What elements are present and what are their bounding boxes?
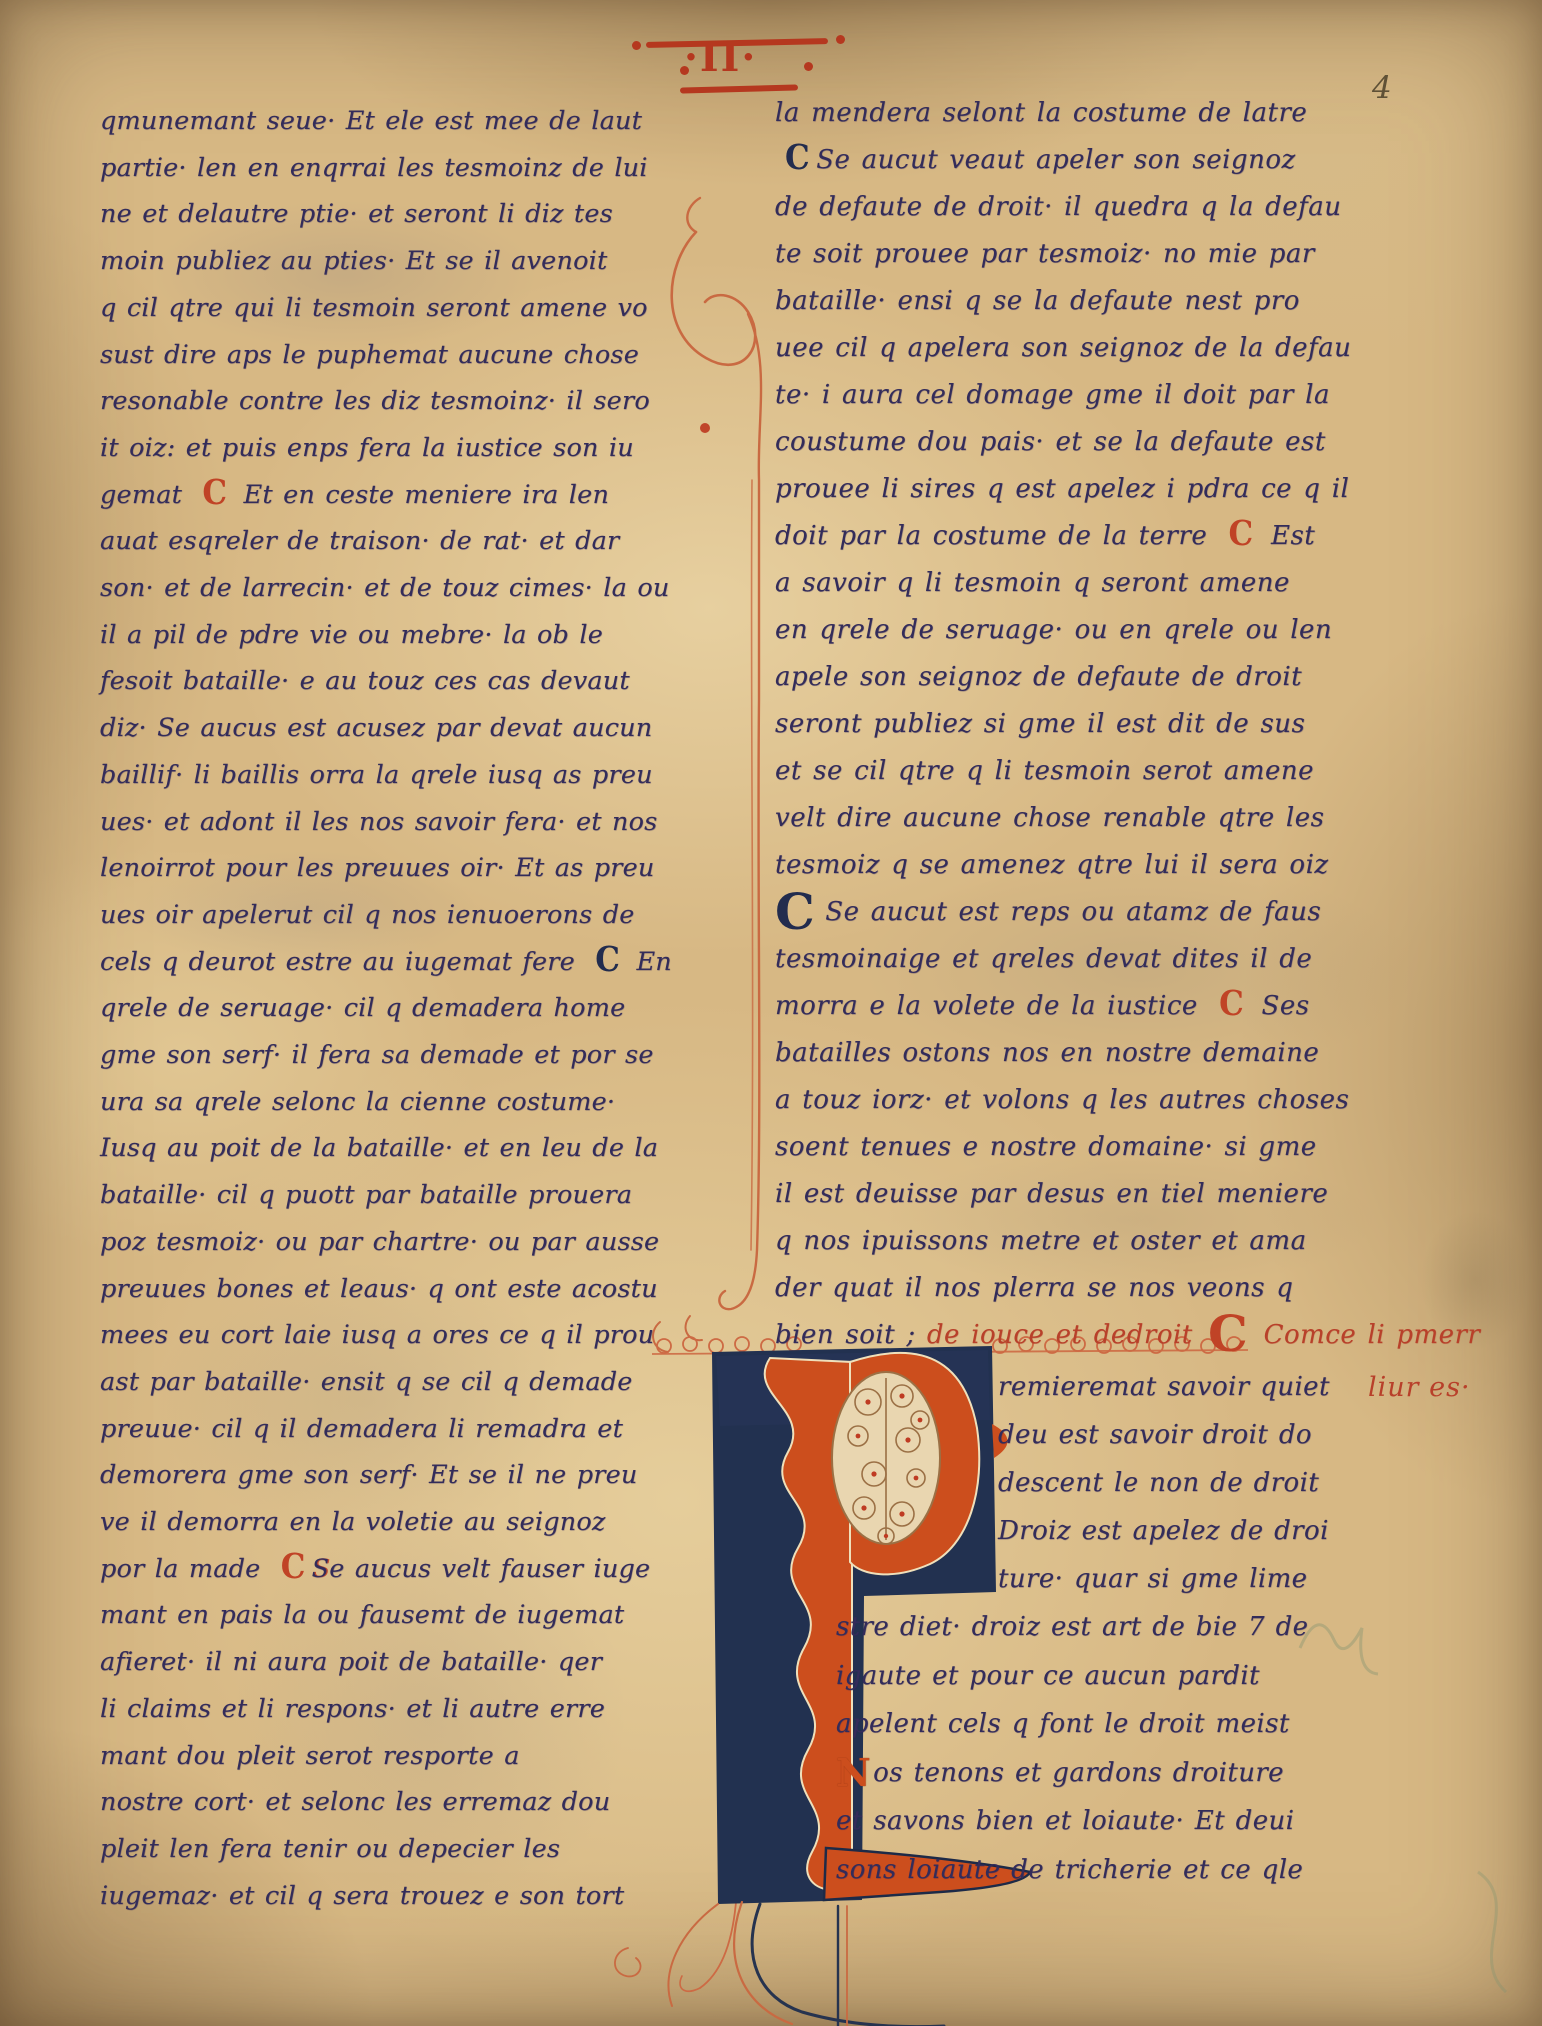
text-line: afieret· il ni aura poit de bataille· qe… xyxy=(100,1647,602,1677)
text-segment: partie· len en enqrrai les tesmoinz de l… xyxy=(100,153,648,183)
text-line: apele son seignoz de defaute de droit xyxy=(775,662,1302,692)
text-line: ne et delautre ptie· et seront li diz te… xyxy=(100,199,613,229)
text-segment: de iouce et dedroit xyxy=(927,1320,1204,1350)
text-segment: li claims et li respons· et li autre err… xyxy=(100,1694,605,1724)
text-segment: gme son serf· il fera sa demade et por s… xyxy=(100,1040,654,1070)
text-segment: Est xyxy=(1260,521,1316,551)
text-segment: ture· quar si gme lime xyxy=(998,1564,1307,1594)
text-line: uee cil q apelera son seignoz de la defa… xyxy=(775,333,1351,363)
quire-dot xyxy=(632,41,641,50)
text-segment: mees eu cort laie iusq a ores ce q il pr… xyxy=(100,1320,654,1350)
initial-bowl xyxy=(850,1353,979,1574)
initial-tail xyxy=(615,1902,944,2026)
text-segment: ve il demorra en la voletie au seignoz xyxy=(100,1507,606,1537)
text-segment: uee cil q apelera son seignoz de la defa… xyxy=(775,333,1351,363)
text-segment: stre diet· droiz est art de bie 7 de xyxy=(836,1612,1308,1642)
text-line: q cil qtre qui li tesmoin seront amene v… xyxy=(100,293,648,323)
text-line: por la made CSe aucus velt fauser iuge xyxy=(100,1554,650,1584)
text-segment: doit par la costume de la terre xyxy=(775,521,1219,551)
text-segment: S xyxy=(312,1554,330,1584)
text-segment: Iusq au poit de la bataille· et en leu d… xyxy=(100,1133,658,1163)
text-segment: por la made xyxy=(100,1554,271,1584)
text-segment: la mendera selont la costume de latre xyxy=(775,98,1307,128)
initial-margin-penwork xyxy=(680,1360,745,1991)
text-segment: de defaute de droit· il quedra q la defa… xyxy=(775,192,1342,222)
text-segment: preuues bones et leaus· q ont este acost… xyxy=(100,1274,658,1304)
text-segment: afieret· il ni aura poit de bataille· qe… xyxy=(100,1647,602,1677)
text-segment: it oiz: et puis enps fera la iustice son… xyxy=(100,433,634,463)
text-segment: lenoirrot pour les preuues oir· Et as pr… xyxy=(100,853,655,883)
manuscript-page: ·II· 4 liur es· xyxy=(0,0,1542,2026)
text-line: tesmoiz q se amenez qtre lui il sera oiz xyxy=(775,850,1329,880)
text-segment: Comce li pmerr xyxy=(1252,1320,1480,1350)
text-segment: poz tesmoiz· ou par chartre· ou par auss… xyxy=(100,1227,659,1257)
text-segment: der quat il nos plerra se nos veons q xyxy=(775,1273,1293,1303)
text-line: lenoirrot pour les preuues oir· Et as pr… xyxy=(100,853,655,883)
text-line: doit par la costume de la terre C Est xyxy=(775,521,1315,551)
text-segment: te soit prouee par tesmoiz· no mie par xyxy=(775,239,1315,269)
text-segment: cels q deurot estre au iugemat fere xyxy=(100,947,585,977)
text-segment: ues oir apelerut cil q nos ienuoerons de xyxy=(100,900,635,930)
text-line: der quat il nos plerra se nos veons q xyxy=(775,1273,1293,1303)
text-line: ura sa qrele selonc la cienne costume· xyxy=(100,1087,615,1117)
text-segment: sust dire aps le puphemat aucune chose xyxy=(100,340,639,370)
text-line: iugemaz· et cil q sera trouez e son tort xyxy=(100,1881,624,1911)
text-segment: mant dou pleit serot resporte a xyxy=(100,1741,520,1771)
text-line: li claims et li respons· et li autre err… xyxy=(100,1694,605,1724)
text-segment: ast par bataille· ensit q se cil q demad… xyxy=(100,1367,633,1397)
quire-dot xyxy=(836,35,845,44)
text-line: bataille· cil q puott par bataille proue… xyxy=(100,1180,632,1210)
text-line: qmunemant seue· Et ele est mee de laut xyxy=(100,106,642,136)
text-line: Iusq au poit de la bataille· et en leu d… xyxy=(100,1133,658,1163)
text-line: preuues bones et leaus· q ont este acost… xyxy=(100,1274,658,1304)
text-line: sust dire aps le puphemat aucune chose xyxy=(100,340,639,370)
text-segment: ne et delautre ptie· et seront li diz te… xyxy=(100,199,613,229)
text-segment: Droiz est apelez de droi xyxy=(998,1516,1329,1546)
text-line: diz· Se aucus est acusez par devat aucun xyxy=(100,713,652,743)
text-line: mant en pais la ou fausemt de iugemat xyxy=(100,1600,624,1630)
text-segment: Se aucut est reps ou atamz de faus xyxy=(825,897,1321,927)
text-segment: preuue· cil q il demadera li remadra et xyxy=(100,1414,623,1444)
text-segment: et se cil qtre q li tesmoin serot amene xyxy=(775,756,1314,786)
text-line: la mendera selont la costume de latre xyxy=(775,98,1307,128)
text-line: deu est savoir droit do xyxy=(998,1420,1312,1450)
text-segment: deu est savoir droit do xyxy=(998,1420,1312,1450)
text-line: il est deuisse par desus en tiel meniere xyxy=(775,1179,1328,1209)
text-segment: bataille· cil q puott par bataille proue… xyxy=(100,1180,632,1210)
text-line: ast par bataille· ensit q se cil q demad… xyxy=(100,1367,633,1397)
initial-bowl-foliage xyxy=(848,1378,929,1544)
text-segment: soent tenues e nostre domaine· si gme xyxy=(775,1132,1317,1162)
text-line: descent le non de droit xyxy=(998,1468,1319,1498)
text-line: igaute et pour ce aucun pardit xyxy=(836,1661,1260,1691)
text-segment: coustume dou pais· et se la defaute est xyxy=(775,427,1326,457)
text-line: nostre cort· et selonc les erremaz dou xyxy=(100,1787,610,1817)
text-line: de defaute de droit· il quedra q la defa… xyxy=(775,192,1342,222)
text-segment: igaute et pour ce aucun pardit xyxy=(836,1661,1260,1691)
text-line: te soit prouee par tesmoiz· no mie par xyxy=(775,239,1315,269)
text-segment: moin publiez au pties· Et se il avenoit xyxy=(100,246,607,276)
text-segment: resonable contre les diz tesmoinz· il se… xyxy=(100,386,650,416)
text-line: resonable contre les diz tesmoinz· il se… xyxy=(100,386,650,416)
text-line: velt dire aucune chose renable qtre les xyxy=(775,803,1324,833)
quire-dot xyxy=(804,62,813,71)
text-line: fesoit bataille· e au touz ces cas devau… xyxy=(100,666,630,696)
text-segment: remieremat savoir quiet xyxy=(998,1372,1330,1402)
text-line: bien soit ; de iouce et dedroit C Comce … xyxy=(775,1320,1480,1350)
text-segment: tesmoiz q se amenez qtre lui il sera oiz xyxy=(775,850,1329,880)
text-line: qrele de seruage· cil q demadera home xyxy=(100,993,625,1023)
text-segment: baillif· li baillis orra la qrele iusq a… xyxy=(100,760,653,790)
rubric-continuation: liur es· xyxy=(1368,1372,1471,1403)
text-segment: ura sa qrele selonc la cienne costume· xyxy=(100,1087,615,1117)
text-segment: morra e la volete de la iustice xyxy=(775,991,1209,1021)
text-line: batailles ostons nos en nostre demaine xyxy=(775,1038,1319,1068)
text-segment: a touz iorz· et volons q les autres chos… xyxy=(775,1085,1349,1115)
text-segment: ues· et adont il les nos savoir fera· et… xyxy=(100,807,657,837)
text-line: il a pil de pdre vie ou mebre· la ob le xyxy=(100,620,603,650)
text-line: cels q deurot estre au iugemat fere C En xyxy=(100,947,672,977)
text-segment: e aucus velt fauser iuge xyxy=(329,1554,650,1584)
text-segment: Se aucut veaut apeler son seignoz xyxy=(816,145,1295,175)
text-segment: nostre cort· et selonc les erremaz dou xyxy=(100,1787,610,1817)
text-line: mant dou pleit serot resporte a xyxy=(100,1741,520,1771)
text-line: ues· et adont il les nos savoir fera· et… xyxy=(100,807,657,837)
text-line: pleit len fera tenir ou depecier les xyxy=(100,1834,560,1864)
quire-bar-bottom xyxy=(680,84,798,93)
text-segment: descent le non de droit xyxy=(998,1468,1319,1498)
text-segment: auat esqreler de traison· de rat· et dar xyxy=(100,526,619,556)
quire-numeral-text: ·II· xyxy=(684,38,757,78)
text-line: mees eu cort laie iusq a ores ce q il pr… xyxy=(100,1320,654,1350)
text-line: gme son serf· il fera sa demade et por s… xyxy=(100,1040,654,1070)
text-segment: q nos ipuissons metre et oster et ama xyxy=(775,1226,1307,1256)
text-segment: batailles ostons nos en nostre demaine xyxy=(775,1038,1319,1068)
text-line: bataille· ensi q se la defaute nest pro xyxy=(775,286,1300,316)
initial-bowl-dots xyxy=(856,1393,923,1538)
text-line: partie· len en enqrrai les tesmoinz de l… xyxy=(100,153,648,183)
text-segment: en qrele de seruage· ou en qrele ou len xyxy=(775,615,1332,645)
text-line: ture· quar si gme lime xyxy=(998,1564,1307,1594)
text-segment: Ses xyxy=(1250,991,1309,1021)
faint-scribbles xyxy=(1300,1625,1506,1992)
text-segment: il a pil de pdre vie ou mebre· la ob le xyxy=(100,620,603,650)
text-segment: a savoir q li tesmoin q seront amene xyxy=(775,568,1290,598)
text-segment: prouee li sires q est apelez i pdra ce q… xyxy=(775,474,1349,504)
text-segment: son· et de larrecin· et de touz cimes· l… xyxy=(100,573,670,603)
text-line: it oiz: et puis enps fera la iustice son… xyxy=(100,433,634,463)
text-line: a savoir q li tesmoin q seront amene xyxy=(775,568,1290,598)
text-segment: pleit len fera tenir ou depecier les xyxy=(100,1834,560,1864)
text-segment: tesmoinaige et qreles devat dites il de xyxy=(775,944,1312,974)
text-line: coustume dou pais· et se la defaute est xyxy=(775,427,1326,457)
text-line: te· i aura cel domage gme il doit par la xyxy=(775,380,1330,410)
text-line: seront publiez si gme il est dit de sus xyxy=(775,709,1305,739)
text-segment: il est deuisse par desus en tiel meniere xyxy=(775,1179,1328,1209)
text-line: Nos tenons et gardons droiture xyxy=(836,1758,1284,1788)
text-line: a touz iorz· et volons q les autres chos… xyxy=(775,1085,1349,1115)
text-segment: demorera gme son serf· Et se il ne preu xyxy=(100,1460,638,1490)
text-segment: q cil qtre qui li tesmoin seront amene v… xyxy=(100,293,648,323)
text-segment: seront publiez si gme il est dit de sus xyxy=(775,709,1305,739)
text-line: apelent cels q font le droit meist xyxy=(836,1709,1290,1739)
text-line: soent tenues e nostre domaine· si gme xyxy=(775,1132,1317,1162)
text-segment: N xyxy=(836,1750,871,1795)
text-segment: gemat xyxy=(100,480,192,510)
text-line: remieremat savoir quiet xyxy=(998,1372,1330,1402)
text-line: gemat C Et en ceste meniere ira len xyxy=(100,480,609,510)
text-segment: apelent cels q font le droit meist xyxy=(836,1709,1290,1739)
text-segment: En xyxy=(626,947,672,977)
text-line: et savons bien et loiaute· Et deui xyxy=(836,1806,1294,1836)
folio-number: 4 xyxy=(1372,70,1392,106)
text-segment: fesoit bataille· e au touz ces cas devau… xyxy=(100,666,630,696)
text-segment: apele son seignoz de defaute de droit xyxy=(775,662,1302,692)
text-line: sons loiaute de tricherie et ce qle xyxy=(836,1855,1303,1885)
intercolumn-penwork xyxy=(653,198,761,1352)
text-line: q nos ipuissons metre et oster et ama xyxy=(775,1226,1307,1256)
text-segment: et savons bien et loiaute· Et deui xyxy=(836,1806,1294,1836)
text-line: preuue· cil q il demadera li remadra et xyxy=(100,1414,623,1444)
text-segment: bien soit ; xyxy=(775,1320,927,1350)
text-line: CSe aucut est reps ou atamz de faus xyxy=(775,897,1321,927)
text-line: demorera gme son serf· Et se il ne preu xyxy=(100,1460,638,1490)
text-line: et se cil qtre q li tesmoin serot amene xyxy=(775,756,1314,786)
text-line: prouee li sires q est apelez i pdra ce q… xyxy=(775,474,1349,504)
text-line: auat esqreler de traison· de rat· et dar xyxy=(100,526,619,556)
text-segment: bataille· ensi q se la defaute nest pro xyxy=(775,286,1300,316)
text-segment: velt dire aucune chose renable qtre les xyxy=(775,803,1324,833)
text-segment: qrele de seruage· cil q demadera home xyxy=(100,993,625,1023)
text-segment: sons loiaute de tricherie et ce qle xyxy=(836,1855,1303,1885)
quire-numeral: ·II· xyxy=(632,30,852,102)
text-line: poz tesmoiz· ou par chartre· ou par auss… xyxy=(100,1227,659,1257)
text-line: en qrele de seruage· ou en qrele ou len xyxy=(775,615,1332,645)
text-segment: iugemaz· et cil q sera trouez e son tort xyxy=(100,1881,624,1911)
text-segment: os tenons et gardons droiture xyxy=(873,1758,1284,1788)
text-segment: Et en ceste meniere ira len xyxy=(233,480,609,510)
text-line: stre diet· droiz est art de bie 7 de xyxy=(836,1612,1308,1642)
text-line: morra e la volete de la iustice C Ses xyxy=(775,991,1310,1021)
text-segment: te· i aura cel domage gme il doit par la xyxy=(775,380,1330,410)
text-segment: qmunemant seue· Et ele est mee de laut xyxy=(100,106,642,136)
text-segment: mant en pais la ou fausemt de iugemat xyxy=(100,1600,624,1630)
initial-bowl-interior xyxy=(832,1372,940,1544)
text-segment: diz· Se aucus est acusez par devat aucun xyxy=(100,713,652,743)
text-line: CSe aucut veaut apeler son seignoz xyxy=(775,145,1296,175)
text-line: baillif· li baillis orra la qrele iusq a… xyxy=(100,760,653,790)
text-line: Droiz est apelez de droi xyxy=(998,1516,1329,1546)
text-line: tesmoinaige et qreles devat dites il de xyxy=(775,944,1312,974)
text-line: son· et de larrecin· et de touz cimes· l… xyxy=(100,573,670,603)
stain xyxy=(880,1150,1380,1290)
text-line: ve il demorra en la voletie au seignoz xyxy=(100,1507,606,1537)
text-line: ues oir apelerut cil q nos ienuoerons de xyxy=(100,900,635,930)
text-line: moin publiez au pties· Et se il avenoit xyxy=(100,246,607,276)
